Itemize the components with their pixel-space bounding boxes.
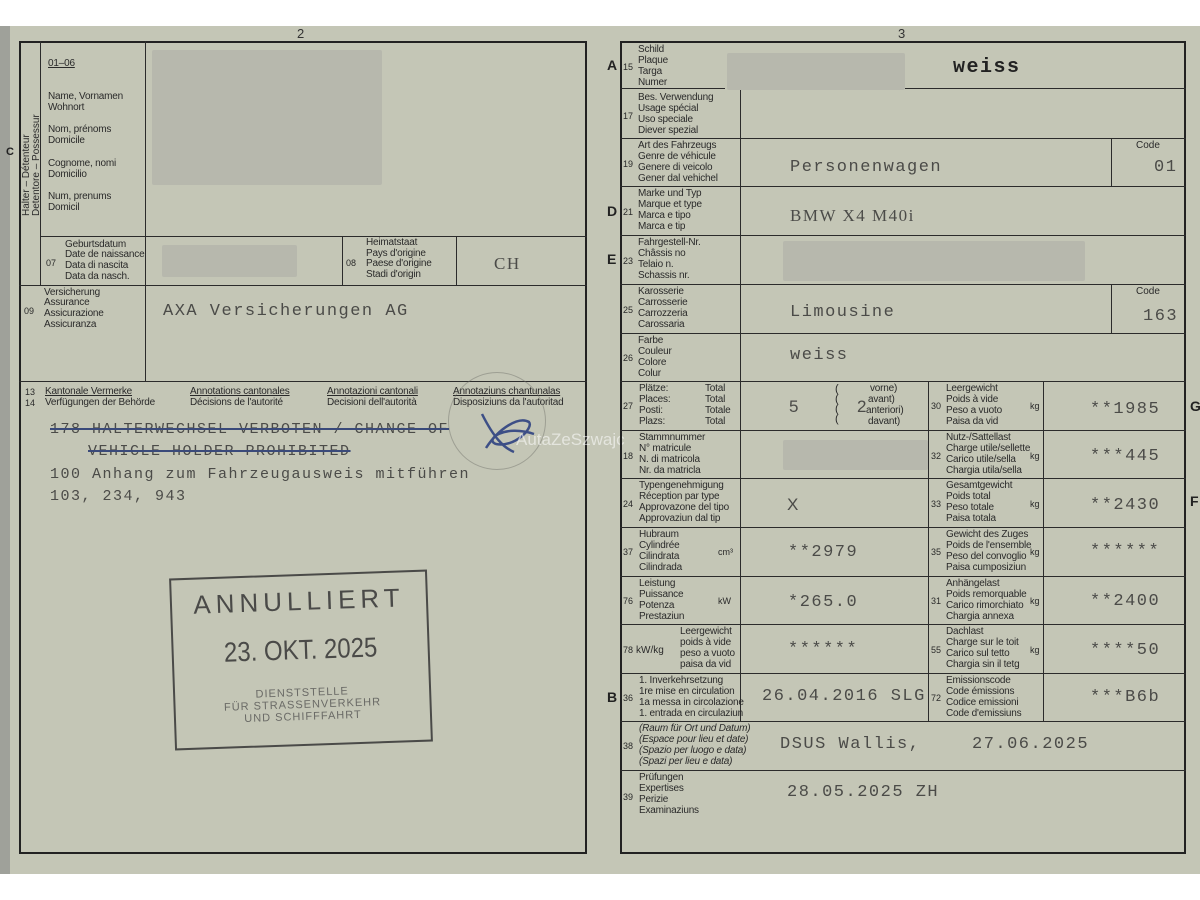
place-value: DSUS Wallis, [780, 735, 920, 754]
field-number: 25 [623, 305, 633, 315]
displacement-label: Cylindrée [639, 541, 679, 552]
seats-total-label: Total [705, 395, 725, 406]
field-number: 55 [931, 645, 941, 655]
empty-weight-label: Leergewicht [946, 384, 998, 395]
row-divider [19, 285, 587, 286]
row-divider [620, 333, 1186, 334]
holder-label: Num, prenums [48, 192, 111, 203]
field-number: 09 [24, 306, 34, 316]
train-weight-label: Poids de l'ensemble [946, 541, 1031, 552]
section-marker-c: C [6, 146, 14, 158]
row-divider [620, 527, 1186, 528]
annotation-line-struck: VEHICLE HOLDER PROHIBITED [88, 443, 351, 460]
right-label-divider [1043, 381, 1044, 721]
row-divider [620, 235, 1186, 236]
first-registration-value: 26.04.2016 SLG [762, 687, 926, 706]
body-code: 163 [1143, 307, 1178, 326]
origin-label: Stadi d'origin [366, 270, 421, 281]
place-date-label: (Espace pour lieu et date) [639, 735, 748, 746]
reg-number-label: Nr. da matricla [639, 466, 700, 477]
front-seats-label: avant) [868, 395, 895, 406]
stamp-date: 23. OKT. 2025 [173, 630, 428, 671]
emissions-label: Emissionscode [946, 676, 1011, 687]
code-divider [1111, 284, 1112, 333]
field-number: 17 [623, 111, 633, 121]
row-divider [620, 284, 1186, 285]
power-ratio-label: Leergewicht [680, 627, 732, 638]
holder-label: Cognome, nomi [48, 159, 116, 170]
color-label: Farbe [638, 336, 663, 347]
col-divider [342, 236, 343, 285]
special-use-label: Usage spécial [638, 104, 698, 115]
seats-label: Plazs: [639, 417, 665, 428]
unit-label: kg [1030, 645, 1040, 655]
seats-label: Plätze: [639, 384, 668, 395]
payload-label: Carico utile/sella [946, 455, 1016, 466]
field-number: 21 [623, 207, 633, 217]
vehicle-type-label: Gener dal vehichel [638, 174, 718, 185]
plate-color-value: weiss [953, 56, 1021, 79]
body-label: Carossaria [638, 320, 684, 331]
first-registration-label: 1. Inverkehrsetzung [639, 676, 723, 687]
birth-date-redacted [162, 245, 297, 277]
page-number-right: 3 [898, 26, 905, 41]
roof-load-label: Carico sul tetto [946, 649, 1010, 660]
handwritten-ref: 01–06 [48, 59, 75, 70]
row-divider [620, 138, 1186, 139]
origin-value: CH [494, 254, 521, 274]
vehicle-type-label: Art des Fahrzeugs [638, 141, 716, 152]
birth-label: Data da nasch. [65, 272, 129, 283]
vehicle-type-value: Personenwagen [790, 158, 942, 177]
field-number: 36 [623, 693, 633, 703]
color-label: Colore [638, 358, 666, 369]
insurance-label: Assicurazione [44, 309, 104, 320]
field-number: 76 [623, 596, 633, 606]
label-column-divider [740, 88, 741, 721]
plate-number-redacted [727, 53, 905, 90]
label-column-divider [145, 41, 146, 381]
reg-number-label: N. di matricola [639, 455, 700, 466]
holder-label: Domicil [48, 203, 79, 214]
seats-label: Posti: [639, 406, 663, 417]
special-use-label: Diever spezial [638, 126, 698, 137]
annotation-header: Kantonale Vermerke [45, 387, 132, 398]
unit-label: kW/kg [636, 645, 664, 656]
inspections-value: 28.05.2025 ZH [787, 783, 939, 802]
inspections-label: Perizie [639, 795, 668, 806]
holder-label: Nom, prénoms [48, 125, 111, 136]
birth-label: Date de naissance [65, 250, 144, 261]
power-ratio-label: poids à vide [680, 638, 731, 649]
payload-label: Nutz-/Sattellast [946, 433, 1011, 444]
holder-name-redacted [152, 50, 382, 185]
make-model-label: Marke und Typ [638, 189, 701, 200]
power-ratio-label: peso a vuoto [680, 649, 735, 660]
displacement-label: Cilindrata [639, 552, 679, 563]
field-number: 78 [623, 645, 633, 655]
towing-value: **2400 [1090, 592, 1160, 611]
first-registration-label: 1re mise en circulation [639, 687, 734, 698]
inspections-label: Prüfungen [639, 773, 683, 784]
place-date-label: (Raum für Ort und Datum) [639, 724, 750, 735]
roof-load-label: Chargia sin il tetg [946, 660, 1019, 671]
row-divider [620, 381, 1186, 382]
seats-total-label: Total [705, 384, 725, 395]
stamp-title: ANNULLIERT [171, 582, 426, 622]
mid-column-divider [928, 381, 929, 721]
make-model-value: BMW X4 M40i [790, 206, 915, 226]
col-divider [456, 236, 457, 285]
color-value: weiss [790, 346, 849, 365]
type-approval-label: Approvazone del tipo [639, 503, 729, 514]
towing-label: Poids remorquable [946, 590, 1027, 601]
roof-load-label: Dachlast [946, 627, 983, 638]
field-number: 13 [25, 387, 35, 397]
annotation-subheader: Verfügungen der Behörde [45, 398, 155, 409]
section-marker-e: E [607, 251, 616, 267]
displacement-value: **2979 [788, 543, 858, 562]
field-number: 18 [623, 451, 633, 461]
holder-label: Wohnort [48, 103, 84, 114]
row-divider [620, 770, 1186, 771]
emissions-label: Code d'emissiuns [946, 709, 1021, 720]
front-seats-label: vorne) [870, 384, 897, 395]
make-model-label: Marca e tipo [638, 211, 691, 222]
cancellation-stamp: ANNULLIERT 23. OKT. 2025 DIENSTSTELLE FÜ… [169, 570, 433, 751]
insurance-label: Assicuranza [44, 320, 96, 331]
annotation-header: Annotazioni cantonali [327, 387, 418, 398]
total-weight-label: Paisa totala [946, 514, 996, 525]
type-approval-label: Typengenehmigung [639, 481, 724, 492]
plate-label: Targa [638, 67, 662, 78]
color-label: Couleur [638, 347, 672, 358]
unit-label: kg [1030, 547, 1040, 557]
plate-label: Plaque [638, 56, 668, 67]
insurance-label: Assurance [44, 298, 89, 309]
holder-label: Domicile [48, 136, 85, 147]
unit-label: kW [718, 596, 731, 606]
annotation-line: 100 Anhang zum Fahrzeugausweis mitführen [50, 466, 470, 483]
body-value: Limousine [790, 303, 895, 322]
chassis-label: Fahrgestell-Nr. [638, 238, 701, 249]
emissions-label: Code émissions [946, 687, 1014, 698]
empty-weight-label: Peso a vuoto [946, 406, 1002, 417]
unit-label: kg [1030, 499, 1040, 509]
emissions-label: Codice emissioni [946, 698, 1018, 709]
field-number: 19 [623, 159, 633, 169]
section-marker-d: D [607, 203, 617, 219]
insurance-value: AXA Versicherungen AG [163, 302, 409, 321]
total-weight-label: Peso totale [946, 503, 994, 514]
field-number: 31 [931, 596, 941, 606]
total-weight-label: Gesamtgewicht [946, 481, 1012, 492]
train-weight-label: Gewicht des Zuges [946, 530, 1028, 541]
field-number: 14 [25, 398, 35, 408]
power-label: Prestaziun [639, 612, 684, 623]
power-label: Leistung [639, 579, 675, 590]
birth-label: Data di nascita [65, 261, 128, 272]
power-label: Puissance [639, 590, 683, 601]
unit-label: kg [1030, 401, 1040, 411]
origin-label: Heimatstaat [366, 238, 417, 249]
vehicle-type-label: Genre de véhicule [638, 152, 716, 163]
row-divider [620, 721, 1186, 722]
field-number: 30 [931, 401, 941, 411]
plate-label: Numer [638, 78, 667, 89]
empty-weight-label: Poids à vide [946, 395, 998, 406]
empty-weight-label: Paisa da vid [946, 417, 998, 428]
holder-label: Domicilio [48, 170, 87, 181]
place-date-label: (Spazio per luogo e data) [639, 746, 746, 757]
body-label: Carrozzeria [638, 309, 687, 320]
payload-label: Charge utile/sellette [946, 444, 1030, 455]
special-use-label: Bes. Verwendung [638, 93, 713, 104]
power-ratio-value: ****** [788, 640, 858, 659]
brace-icon: (((( [835, 384, 839, 424]
make-model-label: Marque et type [638, 200, 702, 211]
chassis-number-redacted [783, 241, 1085, 281]
inspections-label: Examinaziuns [639, 806, 699, 817]
total-weight-value: **2430 [1090, 496, 1160, 515]
displacement-label: Cilindrada [639, 563, 682, 574]
row-divider [620, 186, 1186, 187]
field-number: 23 [623, 256, 633, 266]
field-number: 07 [46, 258, 56, 268]
watermark: AutaZeSzwajc [516, 430, 625, 450]
inspections-label: Expertises [639, 784, 684, 795]
field-number: 72 [931, 693, 941, 703]
holder-label: Name, Vornamen [48, 92, 123, 103]
towing-label: Anhängelast [946, 579, 999, 590]
unit-label: cm³ [718, 547, 733, 557]
towing-label: Carico rimorchiato [946, 601, 1024, 612]
row-divider [620, 478, 1186, 479]
roof-load-value: ****50 [1090, 641, 1160, 660]
annotation-line: 103, 234, 943 [50, 488, 187, 505]
chassis-label: Schassis nr. [638, 271, 690, 282]
reg-number-redacted [783, 440, 928, 470]
annotation-subheader: Decisioni dell'autorità [327, 398, 417, 409]
annotation-header: Annotations cantonales [190, 387, 290, 398]
unit-label: kg [1030, 451, 1040, 461]
field-number: 35 [931, 547, 941, 557]
emissions-value: ***B6b [1090, 688, 1160, 707]
towing-label: Chargia annexa [946, 612, 1014, 623]
page-number-left: 2 [297, 26, 304, 41]
row-divider [620, 88, 725, 89]
row-divider [905, 88, 1186, 89]
power-ratio-label: paisa da vid [680, 660, 731, 671]
section-marker-f: F [1190, 493, 1199, 509]
chassis-label: Telaio n. [638, 260, 673, 271]
unit-label: kg [1030, 596, 1040, 606]
section-marker-g: G [1190, 398, 1200, 414]
row-divider [620, 624, 1186, 625]
stamp-office: DIENSTSTELLE FÜR STRASSENVERKEHR UND SCH… [175, 683, 430, 728]
code-label: Code [1136, 286, 1160, 297]
type-approval-value: X [787, 495, 800, 515]
type-approval-label: Réception par type [639, 492, 719, 503]
body-label: Karosserie [638, 287, 684, 298]
code-label: Code [1136, 140, 1160, 151]
date-value: 27.06.2025 [972, 735, 1089, 754]
empty-weight-value: **1985 [1090, 400, 1160, 419]
annotation-subheader: Décisions de l'autorité [190, 398, 283, 409]
color-label: Colur [638, 369, 661, 380]
seats-value: 5 [789, 397, 800, 417]
reg-number-label: N° matricule [639, 444, 691, 455]
total-weight-label: Poids total [946, 492, 991, 503]
field-number: 32 [931, 451, 941, 461]
field-number: 27 [623, 401, 633, 411]
seats-total-label: Total [705, 417, 725, 428]
field-number: 24 [623, 499, 633, 509]
first-registration-label: 1a messa in circolazione [639, 698, 744, 709]
chassis-label: Châssis no [638, 249, 685, 260]
field-number: 33 [931, 499, 941, 509]
front-seats-label: anteriori) [866, 406, 903, 417]
vehicle-type-label: Genere di veicolo [638, 163, 712, 174]
field-number: 15 [623, 62, 633, 72]
reg-number-label: Stammnummer [639, 433, 705, 444]
row-divider [620, 430, 1186, 431]
type-approval-label: Approvaziun dal tip [639, 514, 720, 525]
field-number: 08 [346, 258, 356, 268]
row-divider [620, 576, 1186, 577]
train-weight-value: ****** [1090, 542, 1160, 561]
train-weight-label: Peso del convoglio [946, 552, 1026, 563]
power-value: *265.0 [788, 593, 858, 612]
seats-total-label: Totale [705, 406, 731, 417]
make-model-label: Marca e tip [638, 222, 685, 233]
special-use-label: Uso speciale [638, 115, 693, 126]
seats-label: Places: [639, 395, 670, 406]
field-number: 38 [623, 741, 633, 751]
origin-label: Paese d'origine [366, 259, 432, 270]
plate-label: Schild [638, 45, 664, 56]
section-marker-a: A [607, 57, 617, 73]
train-weight-label: Paisa cumposiziun [946, 563, 1026, 574]
vehicle-type-code: 01 [1154, 158, 1177, 177]
place-date-label: (Spazi per lieu e data) [639, 757, 732, 768]
power-label: Potenza [639, 601, 674, 612]
first-registration-label: 1. entrada en circulaziun [639, 709, 743, 720]
body-label: Carrosserie [638, 298, 687, 309]
front-seats-label: davant) [868, 417, 900, 428]
row-divider [40, 236, 587, 237]
field-number: 26 [623, 353, 633, 363]
field-number: 39 [623, 792, 633, 802]
holder-vertical-label-2: Detentore – Possessur [32, 114, 42, 216]
displacement-label: Hubraum [639, 530, 679, 541]
code-divider [1111, 138, 1112, 186]
row-divider [620, 673, 1186, 674]
section-marker-b: B [607, 689, 617, 705]
annotation-line-struck: 178 HALTERWECHSEL VERBOTEN / CHANGE OF [50, 421, 449, 438]
field-number: 37 [623, 547, 633, 557]
roof-load-label: Charge sur le toit [946, 638, 1019, 649]
payload-label: Chargia utila/sella [946, 466, 1022, 477]
payload-value: ***445 [1090, 447, 1160, 466]
